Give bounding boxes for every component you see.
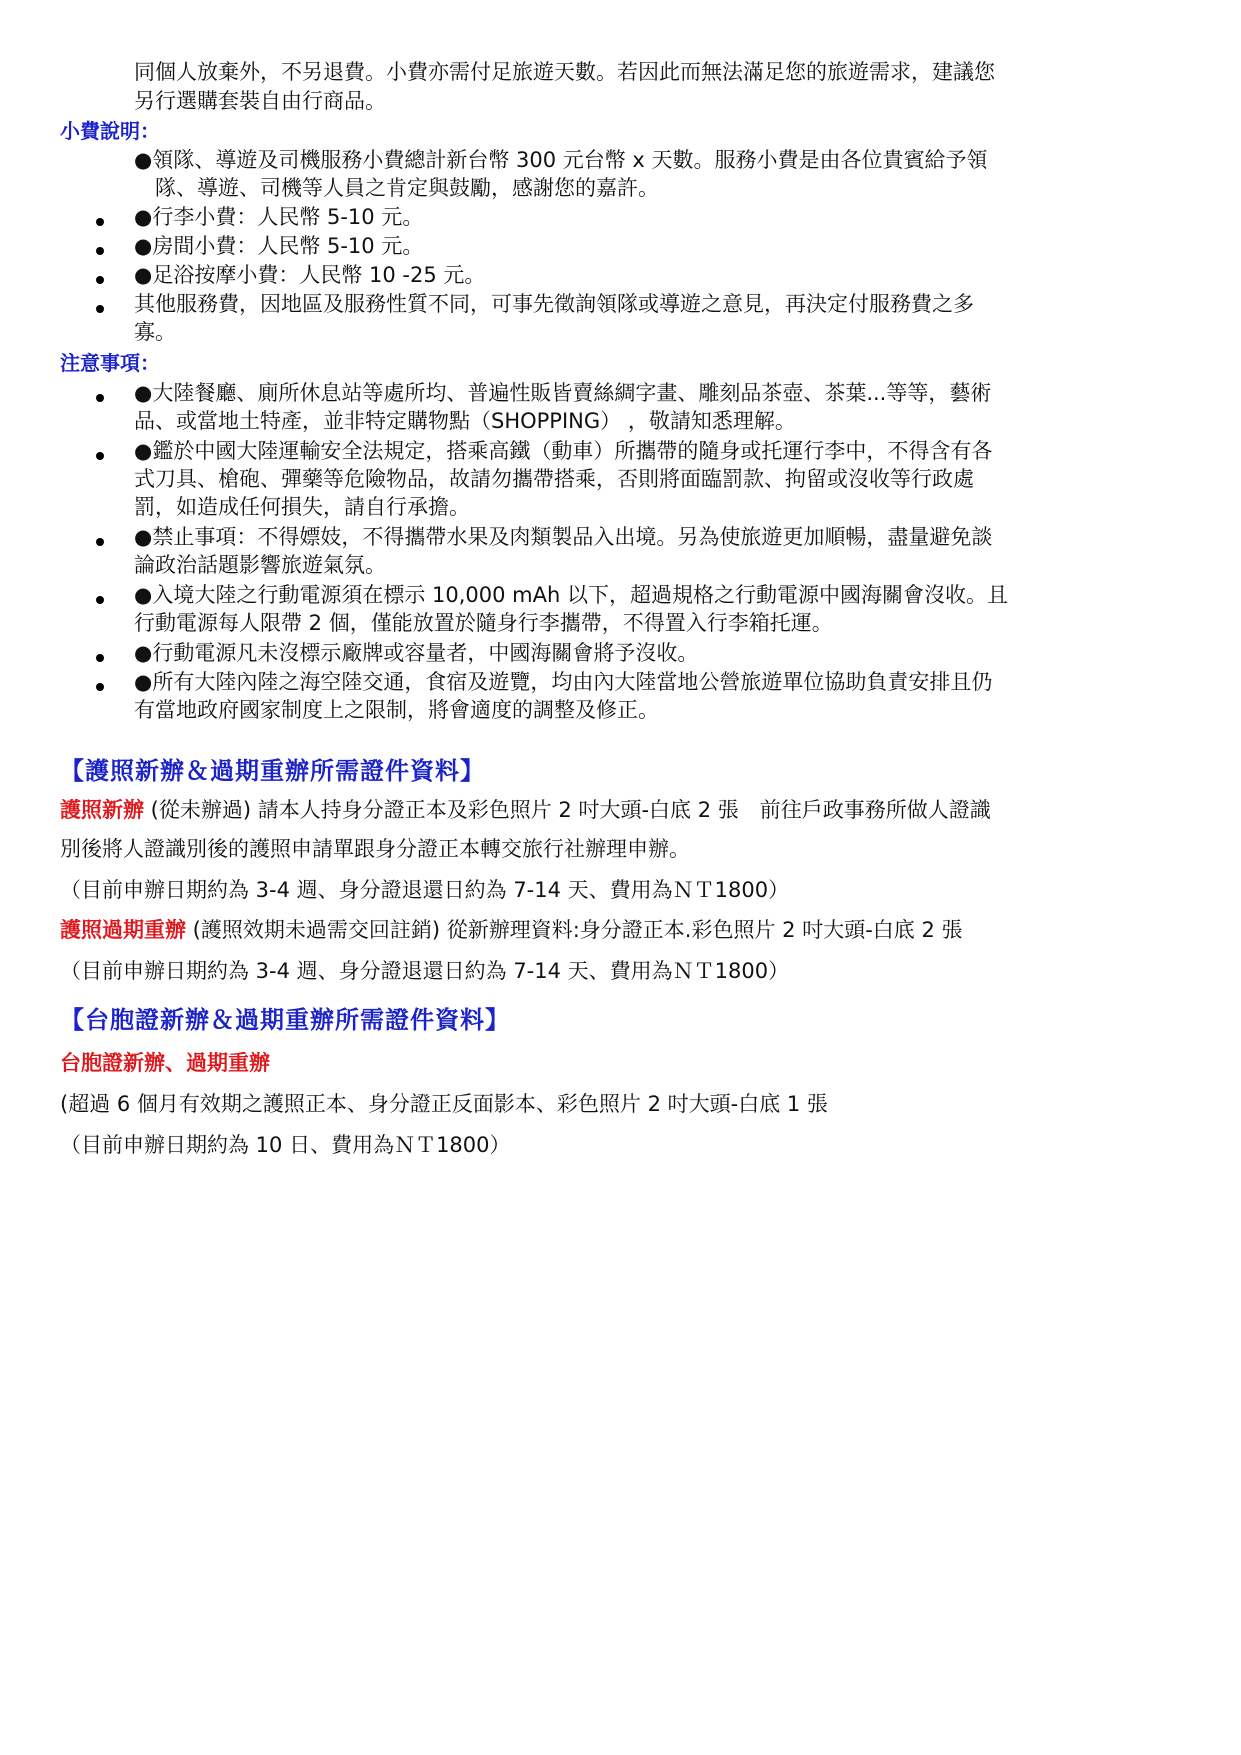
notes-item-prohibited-line-2: 論政治話題影響旅遊氣氛。 (134, 551, 386, 579)
tips-item-other-line-1: 其他服務費，因地區及服務性質不同，可事先徵詢領隊或導遊之意見，再決定付服務費之多 (134, 290, 974, 318)
tips-item-luggage: ●行李小費：人民幣 5-10 元。 (134, 203, 423, 231)
notes-item-powerbank-line-2: 行動電源每人限帶 2 個，僅能放置於隨身行李攜帶，不得置入行李箱托運。 (134, 609, 833, 637)
tips-item-other-line-2: 寡。 (134, 318, 176, 346)
tbc-label-separator: 、 (165, 1051, 186, 1075)
notes-item-prohibited-line-1: ●禁止事項：不得嫖妓，不得攜帶水果及肉類製品入出境。另為使旅遊更加順暢，盡量避免… (134, 523, 992, 551)
passport-renew-label: 護照過期重辦 (60, 918, 186, 942)
intro-line-2: 另行選購套裝自由行商品。 (134, 87, 386, 115)
intro-line-1: 同個人放棄外，不另退費。小費亦需付足旅遊天數。若因此而無法滿足您的旅遊需求，建議… (134, 58, 995, 86)
bullet-icon (96, 247, 104, 255)
notes-item-rail-line-3: 罰，如造成任何損失，請自行承擔。 (134, 493, 470, 521)
tbc-requirements: (超過 6 個月有效期之護照正本、身分證正反面影本、彩色照片 2 吋大頭-白底 … (60, 1090, 828, 1118)
passport-section-title: 【護照新辦＆過期重辦所需證件資料】 (60, 755, 485, 787)
tbc-label-line: 台胞證新辦、過期重辦 (60, 1049, 270, 1077)
tips-item-guide-line-1: ●領隊、導遊及司機服務小費總計新台幣 300 元台幣 x 天數。服務小費是由各位… (134, 146, 988, 174)
notes-item-shopping-line-1: ●大陸餐廳、廁所休息站等處所均、普遍性販皆賣絲綢字畫、雕刻品茶壺、茶葉...等等… (134, 379, 991, 407)
bullet-icon (96, 452, 104, 460)
passport-new-note: （目前申辦日期約為 3-4 週、身分證退還日約為 7-14 天、費用為ＮＴ180… (60, 876, 789, 904)
notes-item-rail-line-2: 式刀具、槍砲、彈藥等危險物品，故請勿攜帶搭乘，否則將面臨罰款、拘留或沒收等行政處 (134, 465, 974, 493)
notes-item-transport-line-1: ●所有大陸內陸之海空陸交通，食宿及遊覽，均由內大陸當地公營旅遊單位協助負責安排且… (134, 668, 992, 696)
passport-new-label: 護照新辦 (60, 798, 144, 822)
passport-renew-line: 護照過期重辦 (護照效期未過需交回註銷) 從新辦理資料:身分證正本.彩色照片 2… (60, 916, 962, 944)
tbc-section-title: 【台胞證新辦＆過期重辦所需證件資料】 (60, 1004, 510, 1036)
passport-new-line-1: 護照新辦 (從未辦過) 請本人持身分證正本及彩色照片 2 吋大頭-白底 2 張 … (60, 796, 991, 824)
passport-new-line-2: 別後將人證識別後的護照申請單跟身分證正本轉交旅行社辦理申辦。 (60, 835, 690, 863)
bullet-icon (96, 683, 104, 691)
passport-renew-text: (護照效期未過需交回註銷) 從新辦理資料:身分證正本.彩色照片 2 吋大頭-白底… (186, 918, 962, 942)
bullet-icon (96, 305, 104, 313)
notes-item-transport-line-2: 有當地政府國家制度上之限制，將會適度的調整及修正。 (134, 696, 659, 724)
notes-item-rail-line-1: ●鑑於中國大陸運輸安全法規定，搭乘高鐵（動車）所攜帶的隨身或托運行李中，不得含有… (134, 437, 992, 465)
document-page: 同個人放棄外，不另退費。小費亦需付足旅遊天數。若因此而無法滿足您的旅遊需求，建議… (0, 0, 1241, 1755)
bullet-icon (96, 394, 104, 402)
tbc-renew-label: 過期重辦 (186, 1051, 270, 1075)
tbc-note: （目前申辦日期約為 10 日、費用為ＮＴ1800） (60, 1131, 511, 1159)
notes-item-unlabeled: ●行動電源凡未沒標示廠牌或容量者，中國海關會將予沒收。 (134, 639, 698, 667)
bullet-icon (96, 538, 104, 546)
bullet-icon (96, 218, 104, 226)
notes-item-shopping-line-2: 品、或當地土特產，並非特定購物點（SHOPPING） ，敬請知悉理解。 (134, 407, 796, 435)
tips-item-guide-line-2: 隊、導遊、司機等人員之肯定與鼓勵，感謝您的嘉許。 (134, 174, 659, 202)
tips-item-room: ●房間小費：人民幣 5-10 元。 (134, 232, 423, 260)
passport-renew-note: （目前申辦日期約為 3-4 週、身分證退還日約為 7-14 天、費用為ＮＴ180… (60, 957, 789, 985)
bullet-icon (96, 276, 104, 284)
tbc-new-label: 台胞證新辦 (60, 1051, 165, 1075)
notes-heading: 注意事項： (60, 349, 160, 377)
tips-item-massage: ●足浴按摩小費：人民幣 10 -25 元。 (134, 261, 485, 289)
notes-item-powerbank-line-1: ●入境大陸之行動電源須在標示 10,000 mAh 以下，超過規格之行動電源中國… (134, 581, 1008, 609)
tips-heading: 小費說明： (60, 117, 160, 145)
bullet-icon (96, 654, 104, 662)
bullet-icon (96, 596, 104, 604)
passport-new-text: (從未辦過) 請本人持身分證正本及彩色照片 2 吋大頭-白底 2 張 前往戶政事… (144, 798, 991, 822)
